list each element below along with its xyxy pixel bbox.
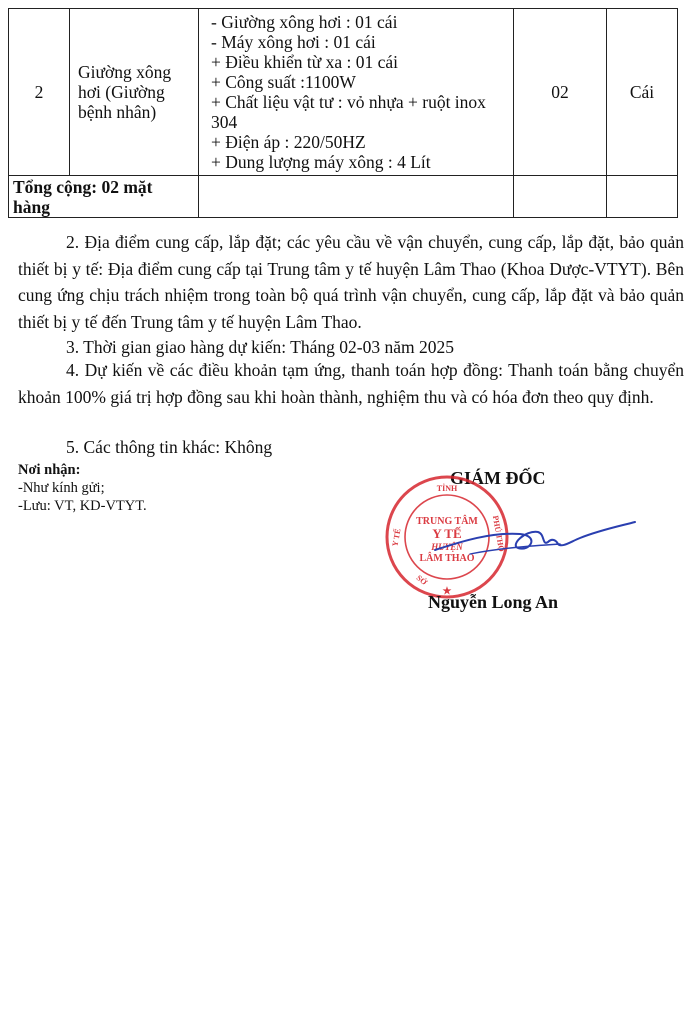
stamp-top-text: TỈNH [437, 483, 458, 493]
signature-icon [430, 512, 640, 562]
table-total-row: Tổng cộng: 02 mặt hàng [9, 176, 678, 218]
recipient-line: -Lưu: VT, KD-VTYT. [18, 497, 147, 515]
recipient-line: -Như kính gửi; [18, 479, 147, 497]
total-qty-empty [514, 176, 607, 218]
total-unit-empty [607, 176, 678, 218]
spec-line: + Điều khiển từ xa : 01 cái [211, 52, 513, 72]
cell-unit: Cái [607, 9, 678, 176]
item-name-line: hơi (Giường [78, 82, 198, 102]
spec-line: + Điện áp : 220/50HZ [211, 132, 513, 152]
total-label-line: hàng [13, 197, 198, 217]
stamp-ring-left: Y TẾ [390, 528, 403, 547]
spec-line: + Chất liệu vật tư : vỏ nhựa + ruột inox [211, 92, 513, 112]
total-label: Tổng cộng: 02 mặt hàng [9, 176, 199, 218]
spec-line: - Giường xông hơi : 01 cái [211, 12, 513, 32]
cell-specifications: - Giường xông hơi : 01 cái - Máy xông hơ… [199, 9, 514, 176]
cell-stt: 2 [9, 9, 70, 176]
paragraph-payment-terms: 4. Dự kiến về các điều khoản tạm ứng, th… [18, 357, 684, 410]
total-spec-empty [199, 176, 514, 218]
items-table: 2 Giường xông hơi (Giường bệnh nhân) - G… [8, 8, 678, 218]
paragraph-text: 3. Thời gian giao hàng dự kiến: Tháng 02… [66, 337, 454, 357]
paragraph-other-info: 5. Các thông tin khác: Không [18, 434, 684, 461]
spec-line: + Dung lượng máy xông : 4 Lít [211, 152, 513, 172]
table-row: 2 Giường xông hơi (Giường bệnh nhân) - G… [9, 9, 678, 176]
item-name-line: Giường xông [78, 62, 198, 82]
spec-line: 304 [211, 112, 513, 132]
paragraph-text: 5. Các thông tin khác: Không [66, 437, 272, 457]
paragraph-delivery-location: 2. Địa điểm cung cấp, lắp đặt; các yêu c… [18, 229, 684, 335]
recipients-heading: Nơi nhận: [18, 461, 147, 479]
paragraph-text: 2. Địa điểm cung cấp, lắp đặt; các yêu c… [18, 232, 684, 332]
cell-quantity: 02 [514, 9, 607, 176]
total-label-line: Tổng cộng: 02 mặt [13, 177, 198, 197]
paragraph-text: 4. Dự kiến về các điều khoản tạm ứng, th… [18, 360, 684, 407]
spec-line: + Công suất :1100W [211, 72, 513, 92]
spec-line: - Máy xông hơi : 01 cái [211, 32, 513, 52]
signer-name: Nguyễn Long An [428, 592, 558, 613]
item-name-line: bệnh nhân) [78, 102, 198, 122]
cell-item-name: Giường xông hơi (Giường bệnh nhân) [70, 9, 199, 176]
recipients-block: Nơi nhận: -Như kính gửi; -Lưu: VT, KD-VT… [18, 461, 147, 515]
